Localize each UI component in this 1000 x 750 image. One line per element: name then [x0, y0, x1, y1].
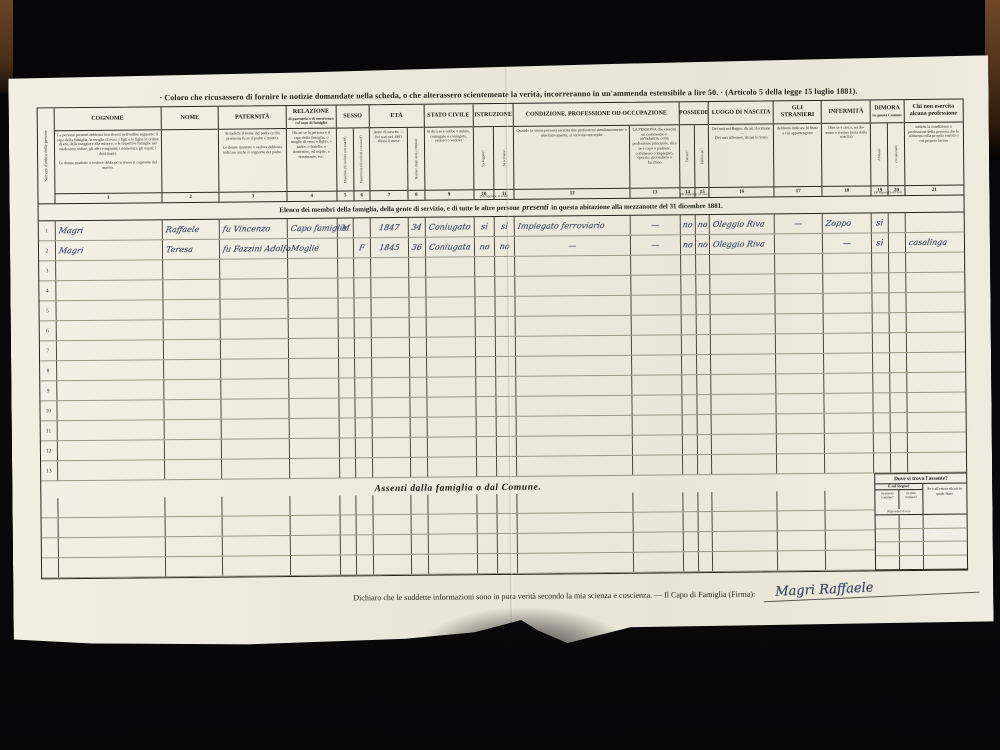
cell [164, 320, 222, 340]
cell: Capo famiglia [288, 219, 338, 238]
cell [634, 532, 684, 551]
cell [476, 437, 497, 456]
header-sublabel: Numero degli anni compiuti [408, 128, 424, 190]
cell [517, 436, 633, 456]
header-subcol-sesso-5: Maschile (Si indichi con una M)5 [337, 128, 354, 200]
cell [890, 353, 907, 372]
header-sublabel: Maschile (Si indichi con una M) [337, 128, 354, 190]
cell [290, 516, 340, 535]
cell [223, 496, 291, 516]
header-sublabel: LA PERSONA che esercita un commercio o u… [630, 125, 679, 187]
cell [165, 420, 223, 440]
header-name: RELAZIONEdi parentela o di convivenza co… [286, 106, 335, 129]
cell [874, 393, 891, 412]
cell [57, 440, 164, 460]
row-number: 12 [41, 441, 58, 460]
absent-box-cell [923, 542, 967, 555]
cell [475, 297, 496, 316]
cell [683, 455, 698, 474]
handwritten-entry: Coniugato [424, 217, 475, 236]
cell [518, 533, 634, 553]
header-vertical-label: Numero d'ordine delle persone [43, 130, 49, 182]
header-name: STATO CIVILE [424, 104, 472, 127]
cell [427, 357, 476, 376]
cell [698, 492, 713, 511]
census-form-paper: · Coloro che ricusassero di fornire le n… [8, 55, 994, 650]
cell [374, 555, 412, 574]
header-desc: Si dica se è celibe o nubile, coniugato … [424, 127, 473, 189]
column-number: 18 [823, 185, 871, 195]
fold-shadow [415, 607, 631, 655]
cell [223, 516, 291, 536]
column-number: 21 [905, 185, 963, 196]
cell [372, 398, 410, 417]
cell: Zoppo [823, 213, 872, 232]
absent-box-subcols: in questo comune? in altro comune? [876, 490, 922, 510]
cell [58, 537, 165, 557]
cell [476, 417, 497, 436]
header-name: PATERNITÀ [219, 106, 286, 130]
cell [712, 394, 777, 414]
handwritten-entry: sì [493, 217, 516, 236]
cell [58, 460, 165, 480]
cell [357, 535, 374, 554]
header-name: LUOGO DI NASCITA [709, 101, 773, 125]
cell [340, 515, 357, 534]
handwritten-entry: no [679, 215, 696, 234]
cell [681, 275, 696, 294]
cell [517, 376, 633, 396]
header-column-eta: ETÀAnno di nascita — Pei nati nel 1881 d… [370, 105, 425, 201]
cell [698, 532, 713, 551]
caption-text-pre: Elenco dei membri della famiglia, della … [279, 205, 521, 214]
cell [221, 299, 289, 319]
cell [890, 333, 907, 352]
header-desc: Si indichi il nome del padre (colla prem… [219, 129, 286, 192]
cell [711, 254, 776, 274]
cell [632, 315, 682, 334]
cell: M [337, 218, 354, 237]
cell: casalinga [905, 233, 963, 253]
cell [338, 318, 355, 337]
cell [711, 354, 776, 374]
handwritten-entry: no [473, 237, 496, 256]
handwritten-entry: casalinga [904, 233, 965, 253]
header-desc: Dire se è cieco, sordo-muto o cretino (n… [822, 123, 871, 185]
absent-box-cell [876, 556, 900, 570]
cell [778, 511, 826, 530]
cell [288, 319, 338, 338]
absent-box-row [876, 542, 967, 556]
absent-box-col-this-comune: in questo comune? [876, 490, 899, 509]
cell [631, 295, 681, 314]
cell [478, 554, 499, 573]
absent-box-cell [923, 555, 967, 569]
cell [163, 280, 221, 300]
header-column-gli-stranieri: GLI STRANIERIdebbono indicare lo Stato a… [774, 101, 823, 196]
cell [371, 278, 409, 297]
cell [223, 536, 291, 556]
header-subrow: Sa leggere?10Sa scrivere?11(Si risponda:… [473, 127, 513, 199]
cell [776, 294, 824, 313]
cell [412, 535, 429, 554]
handwritten-entry: sì [870, 213, 889, 232]
handwritten-entry: fu Fazzini Adolfo [219, 239, 289, 259]
cell [339, 358, 356, 377]
cell [222, 399, 290, 419]
cell [823, 253, 872, 272]
cell [166, 537, 224, 557]
cell [682, 355, 697, 374]
header-name-text: POSSIEDE [679, 110, 708, 117]
cell [354, 218, 371, 237]
cell [518, 493, 634, 513]
column-number: 6 [354, 190, 369, 200]
cell: sì [474, 217, 495, 236]
cell [873, 273, 890, 292]
cell [222, 379, 290, 399]
cell [428, 457, 477, 476]
cell [289, 379, 339, 398]
cell [891, 433, 908, 452]
cell [339, 398, 356, 417]
cell [496, 317, 517, 336]
header-column-numero-ordine: Numero d'ordine delle persone [38, 108, 56, 203]
header-column-infermita: INFERMITÀDire se è cieco, sordo-muto o c… [822, 100, 872, 195]
header-sublabel-text: Terreni? [685, 150, 689, 162]
cell [683, 492, 698, 511]
cell [696, 255, 711, 274]
cell [355, 358, 372, 377]
handwritten-entry: Oleggio Riva [709, 214, 776, 234]
cell [873, 333, 890, 352]
header-subrow: Abituale19Occasionale20(Si risponda sì o… [871, 123, 904, 195]
header-column-nome: NOME2 [162, 107, 220, 203]
cell [477, 514, 498, 533]
header-note: (Si risponda: sì o no) [474, 194, 514, 198]
handwritten-entry: — [822, 233, 873, 252]
cell [56, 260, 163, 280]
cell [906, 253, 964, 273]
cell [163, 260, 221, 280]
cell: Magri [56, 240, 163, 260]
cell [58, 497, 165, 517]
header-name-text: ISTRUZIONE [474, 111, 512, 118]
declaration-text: Dichiaro che le suddette informazioni so… [353, 590, 755, 603]
cell [906, 293, 964, 313]
cell: — [775, 214, 823, 233]
cell: Magri [55, 220, 162, 240]
cell: 34 [409, 218, 426, 237]
cell [221, 339, 289, 359]
header-column-stato-civile: STATO CIVILESi dica se è celibe o nubile… [424, 104, 474, 199]
row-number [42, 518, 59, 537]
absent-section: Assenti dalla famiglia o dal Comune. Dov… [41, 473, 967, 579]
cell [371, 298, 409, 317]
cell [712, 374, 777, 394]
cell [775, 234, 823, 253]
header-subcol-istruzione-11: Sa scrivere?11 [493, 127, 514, 199]
cell [518, 513, 634, 533]
cell: 1845 [371, 238, 409, 257]
cell [426, 297, 475, 316]
row-number: 8 [40, 361, 57, 380]
cell [777, 454, 825, 473]
cell [56, 320, 163, 340]
cell [57, 420, 164, 440]
header-name-text: DIMORA [874, 105, 900, 112]
cell [517, 416, 633, 436]
cell [497, 514, 518, 533]
cell [889, 233, 906, 252]
cell [697, 355, 712, 374]
header-sublabel-text: Fabbricati? [700, 148, 704, 164]
absent-rows [41, 490, 967, 579]
cell [825, 433, 874, 452]
cell [59, 557, 166, 577]
header-column-possiede: POSSIEDETerreni?14Fabbricati?15(Si rispo… [679, 102, 710, 197]
cell [410, 338, 427, 357]
cell [516, 356, 632, 376]
cell [374, 535, 412, 554]
cell [357, 555, 374, 574]
cell [777, 434, 825, 453]
header-note: (Si risponda: sì o no) [680, 192, 709, 196]
header-subrow: Terreni?14Fabbricati?15(Si risponda: sì … [680, 125, 709, 197]
cell [824, 333, 873, 352]
cell [874, 453, 891, 472]
header-name-text: SESSO [343, 113, 362, 120]
cell: — [823, 233, 872, 252]
handwritten-entry: Raffaele [161, 220, 221, 240]
cell [427, 437, 476, 456]
cell [221, 359, 289, 379]
cell [495, 277, 516, 296]
cell [356, 458, 373, 477]
header-name-text: INFERMITÀ [828, 108, 863, 115]
column-number: 5 [337, 190, 353, 200]
cell [289, 399, 339, 418]
handwritten-entry: 1845 [369, 238, 409, 257]
cell [341, 555, 358, 574]
cell [291, 536, 341, 555]
cell [475, 257, 496, 276]
cell [777, 414, 825, 433]
header-column-istruzione: ISTRUZIONESa leggere?10Sa scrivere?11(Si… [473, 104, 515, 199]
caption-presenti: presenti [521, 203, 549, 212]
cell [711, 294, 776, 314]
header-name: INFERMITÀ [822, 100, 870, 123]
cell [496, 377, 517, 396]
header-desc: Dei nati nel Regno, dicasi il comune — D… [709, 124, 773, 187]
absent-box-cell [900, 515, 924, 528]
cell [777, 394, 825, 413]
cell [428, 514, 477, 533]
cell [220, 259, 288, 279]
absent-box-header: È nel Regno? in questo comune? in altro … [876, 483, 967, 515]
cell [682, 395, 697, 414]
cell [411, 495, 428, 514]
header-name: CONDIZIONE, PROFESSIONE OD OCCUPAZIONE [514, 102, 679, 127]
absent-box-abroad-label: Se è all'estero dicasi in quale Stato [923, 483, 967, 514]
column-number: 3 [220, 191, 287, 202]
cell [631, 275, 681, 294]
header-sublabel-text: Numero degli anni compiuti [414, 138, 419, 179]
header-column-paternita: PATERNITÀSi indichi il nome del padre (c… [219, 106, 287, 202]
cell [631, 255, 681, 274]
cell [905, 213, 963, 233]
cell [633, 455, 683, 474]
header-column-chi-non-esercita: Chi non esercita alcuna professioneindic… [904, 100, 963, 196]
cell [889, 273, 906, 292]
header-subcol-possiede-15: Fabbricati?15 [694, 125, 709, 197]
header-column-condizione: CONDIZIONE, PROFESSIONE OD OCCUPAZIONEQu… [514, 102, 680, 199]
cell [824, 293, 873, 312]
cell [58, 517, 165, 537]
handwritten-entry: no [493, 237, 516, 256]
column-number: 13 [631, 187, 680, 197]
cell [778, 551, 826, 570]
cell [696, 295, 711, 314]
row-number [41, 498, 58, 517]
cell [339, 338, 356, 357]
header-sublabel-text: Femminile (Si indichi con una F) [359, 135, 364, 183]
cell [908, 453, 966, 473]
cell [632, 355, 682, 374]
cell [889, 213, 906, 232]
cell [289, 419, 339, 438]
header-subcol-condizione-13: LA PERSONA che esercita un commercio o u… [629, 125, 679, 197]
row-number: 5 [39, 301, 56, 320]
cell: sì [872, 213, 889, 232]
cell [872, 253, 889, 272]
header-sublabel-text: Quando la stessa persona esercita due pr… [514, 126, 629, 189]
cell [357, 515, 374, 534]
cell [340, 438, 357, 457]
row-number: 3 [39, 261, 56, 280]
cell [410, 358, 427, 377]
cell [713, 491, 778, 511]
cell [517, 396, 633, 416]
cell [371, 258, 409, 277]
cell [711, 274, 776, 294]
cell: Raffaele [163, 220, 221, 240]
column-number: 17 [775, 186, 822, 196]
header-name-text: STATO CIVILE [427, 112, 469, 119]
photo-scene: · Coloro che ricusassero di fornire le n… [0, 0, 1000, 750]
cell [163, 300, 221, 320]
cell [221, 319, 289, 339]
header-desc: Le persone presenti debbono inscriversi … [54, 130, 161, 193]
cell [290, 439, 340, 458]
column-number: 2 [162, 192, 218, 203]
absent-location-box: Dove si trova l'assente? È nel Regno? in… [875, 473, 967, 571]
cell [289, 339, 339, 358]
cell [496, 397, 517, 416]
absent-box-cell [876, 515, 900, 528]
header-name-text: LUOGO DI NASCITA [712, 109, 771, 116]
absent-box-row [876, 515, 967, 529]
cell: no [681, 215, 696, 234]
header-sublabel: Terreni? [680, 125, 695, 187]
header-desc [162, 130, 219, 193]
cell [222, 459, 290, 479]
header-subrow: Quando la stessa persona esercita due pr… [514, 125, 679, 199]
absent-box-row [876, 528, 967, 542]
cell [825, 413, 874, 432]
header-desc: Dicasi se la persona è il capo della fam… [287, 129, 337, 191]
header-name-text: Chi non esercita alcuna professione [905, 104, 961, 118]
cell [776, 374, 824, 393]
absent-box-regno-group: È nel Regno? in questo comune? in altro … [876, 484, 923, 515]
header-sublabel-text: Abituale [877, 148, 881, 160]
column-number: 1 [55, 192, 161, 203]
handwritten-entry: Oleggio Riva [709, 234, 776, 254]
cell [825, 453, 874, 472]
header-name: NOME [162, 107, 219, 131]
cell [426, 277, 475, 296]
header-sublabel-text: Sa scrivere? [502, 149, 506, 167]
cell [711, 334, 776, 354]
cell [356, 398, 373, 417]
cell: Impiegato ferroviario [515, 216, 631, 236]
cell [164, 360, 222, 380]
handwritten-entry: 1847 [369, 218, 409, 237]
cell [411, 515, 428, 534]
cell [516, 336, 632, 356]
handwritten-entry: 36 [407, 238, 426, 257]
header-column-luogo-di-nascita: LUOGO DI NASCITADei nati nel Regno, dica… [709, 101, 775, 197]
header-name: COGNOME [54, 107, 161, 131]
cell [410, 378, 427, 397]
cell [681, 255, 696, 274]
header-sublabel: Abituale [871, 123, 888, 185]
handwritten-entry: — [629, 215, 681, 235]
header-desc: debbono indicare lo Stato a cui apparten… [774, 124, 822, 186]
cell [477, 457, 498, 476]
cell [409, 258, 426, 277]
header-name-text: GLI STRANIERI [775, 105, 820, 119]
cell [355, 338, 372, 357]
cell: sì [872, 233, 889, 252]
cell: Oleggio Riva [710, 234, 775, 254]
header-name-text: CONDIZIONE, PROFESSIONE OD OCCUPAZIONE [526, 110, 667, 118]
cell [778, 531, 826, 550]
header-desc: indichi la condizione o professione dell… [904, 123, 963, 186]
header-sublabel-text: Sa leggere? [481, 150, 485, 167]
header-subcol-sesso-6: Femminile (Si indichi con una F)6 [353, 128, 370, 200]
cell [165, 497, 223, 517]
cell [427, 377, 476, 396]
cell [682, 375, 697, 394]
cell: — [631, 235, 681, 254]
cell [476, 397, 497, 416]
column-number: 4 [287, 191, 336, 201]
cell: no [474, 237, 495, 256]
cell [164, 380, 222, 400]
header-name: Chi non esercita alcuna professione [904, 100, 962, 124]
cell [410, 318, 427, 337]
cell [517, 456, 633, 476]
cell [891, 453, 908, 472]
header-sublabel: Femminile (Si indichi con una F) [354, 128, 370, 190]
cell [496, 337, 517, 356]
header-sublabel: Occasionale [888, 123, 904, 185]
cell [684, 552, 699, 571]
cell [776, 354, 824, 373]
cell [289, 359, 339, 378]
cell [824, 373, 873, 392]
